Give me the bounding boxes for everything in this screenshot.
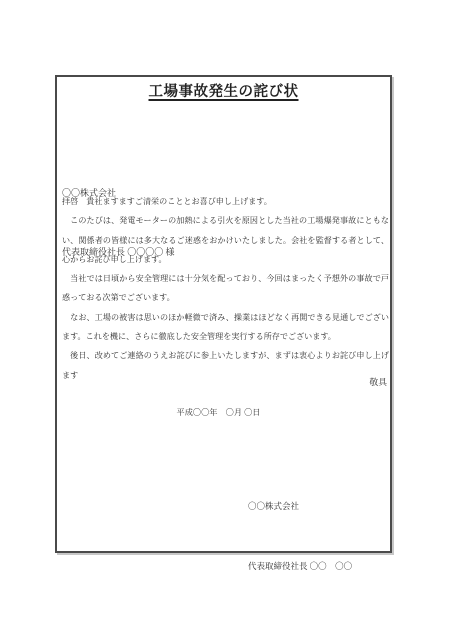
letter-body: 拝啓 貴社ますますご清栄のこととお喜び申し上げます。 このたびは、発電モーターの… — [62, 192, 389, 385]
body-paragraph-3: なお、工場の被害は思いのほか軽微で済み、操業はほどなく再開できる見通しでございま… — [62, 308, 389, 347]
letter-title-text: 工場事故発生の詫び状 — [149, 84, 299, 100]
body-paragraph-4: 後日、改めてご連絡のうえお詫びに参上いたしますが、まずは衷心よりお詫び申し上げま… — [62, 346, 389, 385]
signature-person: 代表取締役社長 〇〇 〇〇 — [248, 556, 352, 576]
greeting-line: 拝啓 貴社ますますご清栄のこととお喜び申し上げます。 — [62, 192, 389, 211]
letter-page: 工場事故発生の詫び状 〇〇株式会社 代表取締役社長 〇〇〇〇 様 拝啓 貴社ます… — [0, 0, 450, 636]
signature-block: 〇〇株式会社 代表取締役社長 〇〇 〇〇 — [248, 456, 352, 616]
letter-date: 平成〇〇年 〇月 〇日 — [57, 408, 380, 418]
closing-keigu: 敬具 — [369, 377, 387, 387]
signature-company: 〇〇株式会社 — [248, 496, 352, 516]
letter-title: 工場事故発生の詫び状 — [57, 83, 390, 101]
body-paragraph-1: このたびは、発電モーターの加熱による引火を原因とした当社の工場爆発事故にともない… — [62, 211, 389, 269]
letter-border-frame: 工場事故発生の詫び状 〇〇株式会社 代表取締役社長 〇〇〇〇 様 拝啓 貴社ます… — [55, 75, 392, 553]
body-paragraph-2: 当社では日頃から安全管理には十分気を配っており、今回はまったく予想外の事故で戸惑… — [62, 269, 389, 308]
